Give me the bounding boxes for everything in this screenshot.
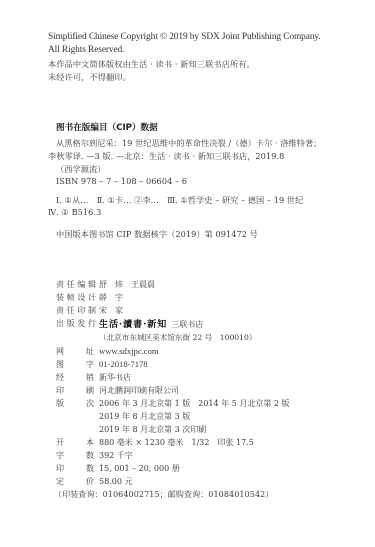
spec-label: 印数 bbox=[56, 463, 94, 474]
edition-line-1: 2006 年 3 月北京第 1 版 2014 年 5 月北京第 2 版 bbox=[99, 398, 290, 409]
spec-value: 880 毫米 × 1230 毫米 1/32 印张 17.5 bbox=[99, 437, 254, 448]
credit-label: 责任印制 bbox=[56, 305, 96, 316]
publisher-address: （北京市东城区美术馆东街 22 号 100010） bbox=[99, 332, 256, 343]
no-reprint-notice: 未经许可，不得翻印。 bbox=[48, 72, 131, 83]
publisher-label: 出版发行 bbox=[56, 318, 96, 329]
detail-value: 河北鹏润印刷有限公司 bbox=[99, 385, 179, 396]
contact-info: （印装查询：01064002715；邮购查询：01084010542） bbox=[54, 489, 273, 500]
copyright-chinese-line: 本作品中文简体版权由生活 · 读书 · 新知三联书店所有。 bbox=[48, 59, 255, 70]
detail-label: 经销 bbox=[56, 372, 94, 383]
rights-reserved-line: All Rights Reserved. bbox=[48, 45, 124, 55]
credit-value: 宋 家 bbox=[99, 305, 123, 316]
spec-value: 392 千字 bbox=[99, 450, 133, 461]
publisher-value: 生活·讀書·新知三联书店 bbox=[99, 317, 203, 330]
detail-label: 印刷 bbox=[56, 385, 94, 396]
edition-line-2: 2019 年 8 月北京第 3 版 bbox=[99, 411, 190, 422]
publisher-name: 三联书店 bbox=[171, 320, 203, 329]
cip-series: （西学源流） bbox=[56, 164, 105, 175]
cip-subjects-line-2: Ⅳ. ① B516.3 bbox=[48, 207, 101, 217]
credit-value: 舒 炜 王晨晨 bbox=[99, 279, 155, 290]
cip-subjects-line-1: Ⅰ. ①从… Ⅱ. ①卡… ②李… Ⅲ. ①哲学史 – 研究 – 德国 – 19… bbox=[56, 195, 303, 206]
credit-label: 责任编辑 bbox=[56, 279, 96, 290]
cip-entry-line-1: 从黑格尔到尼采：19 世纪思维中的革命性决裂 /（德）卡尔 · 洛维特著； bbox=[56, 138, 321, 149]
detail-label: 图字 bbox=[56, 359, 94, 370]
website-link[interactable]: www.sdxjpc.com bbox=[99, 346, 159, 356]
edition-label: 版次 bbox=[56, 398, 94, 409]
spec-label: 开本 bbox=[56, 437, 94, 448]
publisher-brand-logo: 生活·讀書·新知 bbox=[99, 320, 167, 330]
credit-value: 薛 宇 bbox=[99, 292, 123, 303]
spec-label: 定价 bbox=[56, 476, 94, 487]
detail-label: 网址 bbox=[56, 346, 94, 357]
copyright-english-line: Simplified Chinese Copyright © 2019 by S… bbox=[48, 32, 321, 42]
cip-isbn: ISBN 978 – 7 – 108 – 06604 – 6 bbox=[56, 176, 187, 186]
detail-value: 01-2018-7178 bbox=[99, 359, 148, 369]
credit-label: 装帧设计 bbox=[56, 292, 96, 303]
spec-value: 58.00 元 bbox=[99, 476, 132, 487]
edition-line-3: 2019 年 8 月北京第 3 次印刷 bbox=[99, 424, 206, 435]
detail-value: 新华书店 bbox=[99, 372, 131, 383]
cip-entry-line-2: 李秋零译. —3 版. —北京：生活 · 读书 · 新知三联书店，2019.8 bbox=[48, 151, 284, 162]
spec-label: 字数 bbox=[56, 450, 94, 461]
cip-title: 图书在版编目（CIP）数据 bbox=[56, 121, 158, 133]
cip-verification-number: 中国版本图书馆 CIP 数据核字（2019）第 091472 号 bbox=[56, 229, 258, 240]
spec-value: 15, 001 – 20, 000 册 bbox=[99, 463, 180, 474]
